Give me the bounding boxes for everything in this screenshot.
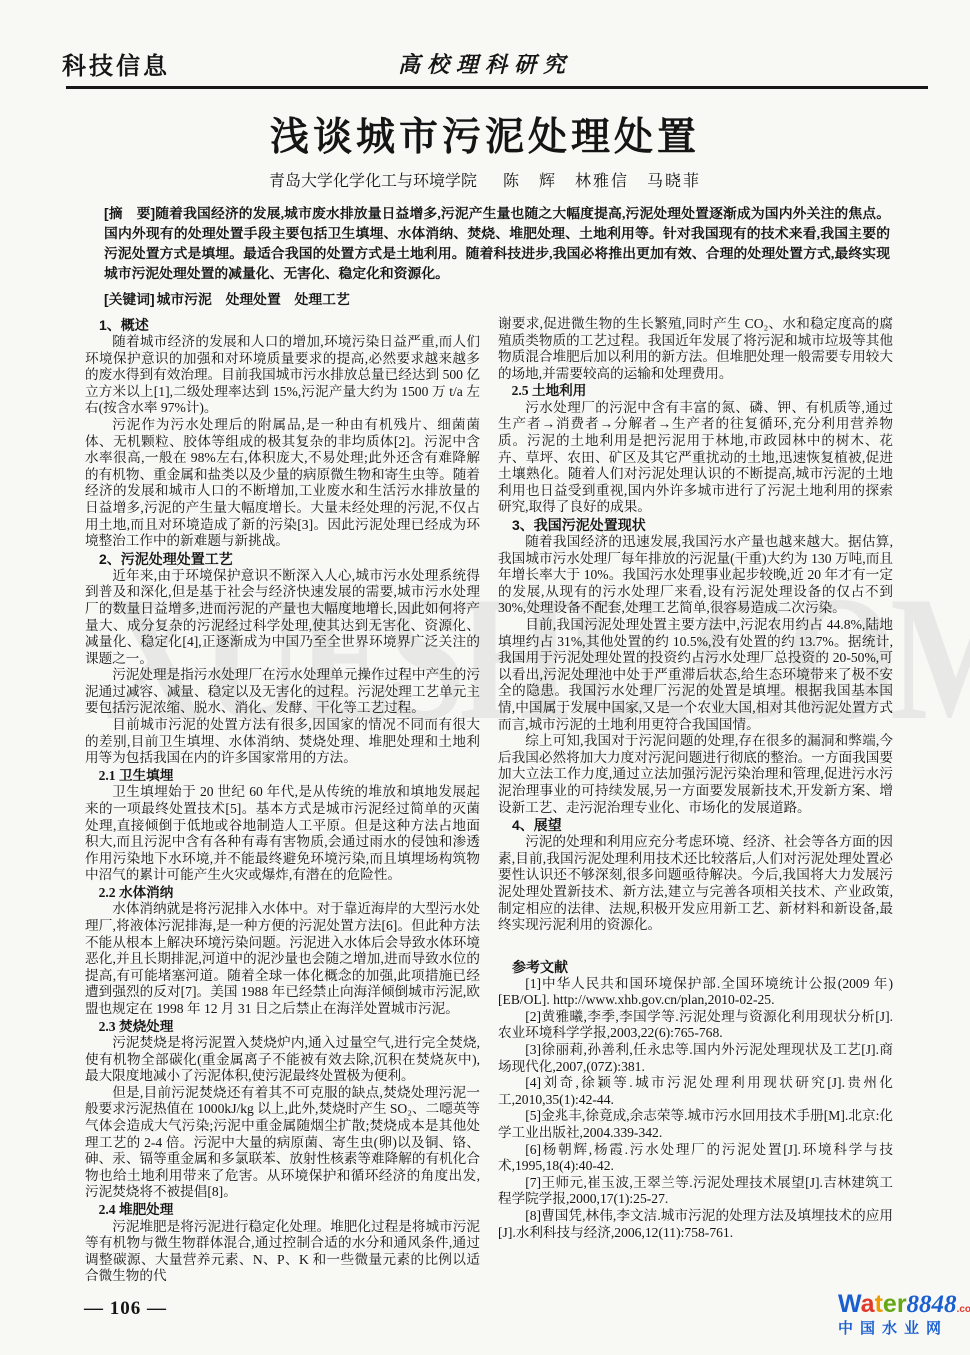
logo-digits-8848: 8848 (907, 1291, 957, 1318)
section-heading: 4、展望 (498, 816, 893, 834)
right-column: 谢要求,促进微生物的生长繁殖,同时产生 CO₂、水和稳定度高的腐殖质类物质的工艺… (498, 316, 893, 1328)
paragraph: 污水处理厂的污泥中含有丰富的氮、磷、钾、有机质等,通过生产者→消费者→分解者→生… (498, 400, 893, 516)
abstract-label: [摘 要] (104, 206, 155, 221)
paragraph: 目前城市污泥的处置方法有很多,因国家的情况不同而有很大的差别,目前卫生填埋、水体… (85, 717, 480, 767)
paragraph: 污泥的处理和利用应充分考虑环境、经济、社会等各方面的因素,目前,我国污泥处理利用… (498, 834, 893, 934)
logo-dotcom: .com (957, 1304, 970, 1315)
abstract-text: 随着我国经济的发展,城市废水排放量日益增多,污泥产生量也随之大幅度提高,污泥处理… (104, 206, 890, 281)
reference-item: [6]杨朝辉,杨霞.污水处理厂的污泥处置[J].环境科学与技术,1995,18(… (498, 1142, 893, 1175)
paragraph: 污泥焚烧是将污泥置入焚烧炉内,通入过量空气,进行完全焚烧,使有机物全部碳化(重金… (85, 1035, 480, 1085)
article-title: 浅谈城市污泥处理处置 (0, 106, 970, 162)
reference-item: [1]中华人民共和国环境保护部.全国环境统计公报(2009 年)[EB/OL].… (498, 976, 893, 1009)
subsection-heading: 2.4 堆肥处理 (85, 1201, 480, 1219)
journal-section-title: 高校理科研究 (0, 48, 970, 79)
left-column: 1、概述随着城市经济的发展和人口的增加,环境污染日益严重,而人们环境保护意识的加… (85, 316, 480, 1328)
author-names: 陈 辉 林雅信 马晓菲 (503, 173, 701, 190)
reference-item: [2]黄雅曦,李季,李国学等.污泥处理与资源化利用现状分析[J].农业环境科学学… (498, 1009, 893, 1042)
abstract: [摘 要]随着我国经济的发展,城市废水排放量日益增多,污泥产生量也随之大幅度提高… (104, 204, 890, 284)
authors-line: 青岛大学化学化工与环境学院陈 辉 林雅信 马晓菲 (0, 168, 970, 191)
scanned-paper-page: 科技信息 高校理科研究 浅谈城市污泥处理处置 青岛大学化学化工与环境学院陈 辉 … (0, 0, 970, 1355)
paragraph: 污泥作为污水处理后的附属品,是一种由有机残片、细菌菌体、无机颗粒、胶体等组成的极… (85, 417, 480, 550)
paragraph: 近年来,由于环境保护意识不断深入人心,城市污水处理系统得到普及和深化,但是基于社… (85, 568, 480, 668)
paragraph: 随着城市经济的发展和人口的增加,环境污染日益严重,而人们环境保护意识的加强和对环… (85, 334, 480, 417)
paragraph: 随着我国经济的迅速发展,我国污水产量也越来越大。据估算,我国城市污水处理厂每年排… (498, 534, 893, 617)
keywords: [关键词]城市污泥 处理处置 处理工艺 (104, 288, 890, 308)
section-heading: 3、我国污泥处置现状 (498, 516, 893, 534)
subsection-heading: 2.2 水体消纳 (85, 884, 480, 902)
keywords-text: 城市污泥 处理处置 处理工艺 (157, 292, 350, 307)
paragraph: 但是,目前污泥焚烧还有着其不可克服的缺点,焚烧处理污泥一般要求污泥热值在 100… (85, 1085, 480, 1201)
reference-item: [4]刘奇,徐颖等.城市污泥处理利用现状研究[J].贵州化工,2010,35(1… (498, 1075, 893, 1108)
reference-item: [3]徐丽莉,孙善利,任永忠等.国内外污泥处理现状及工艺[J].商场现代化,20… (498, 1042, 893, 1075)
subsection-heading: 2.1 卫生填埋 (85, 767, 480, 785)
reference-item: [8]曹国凭,林伟,李文洁.城市污泥的处理方法及填埋技术的应用[J].水利科技与… (498, 1208, 893, 1241)
header-rule (66, 86, 928, 89)
paragraph: 综上可知,我国对于污泥问题的处理,存在很多的漏洞和弊端,今后我国必然将加大力度对… (498, 733, 893, 816)
paragraph: 污泥处理是指污水处理厂在污水处理单元操作过程中产生的污泥通过减容、减量、稳定以及… (85, 667, 480, 717)
paragraph: 谢要求,促进微生物的生长繁殖,同时产生 CO₂、水和稳定度高的腐殖质类物质的工艺… (498, 316, 893, 382)
paragraph: 水体消纳就是将污泥排入水体中。对于靠近海岸的大型污水处理厂,将液体污泥排海,是一… (85, 901, 480, 1017)
section-heading: 1、概述 (85, 316, 480, 334)
paragraph: 目前,我国污泥处理处置主要方法中,污泥农用约占 44.8%,陆地填埋约占 31%… (498, 617, 893, 733)
section-heading: 2、污泥处理处置工艺 (85, 550, 480, 568)
references-heading: 参考文献 (498, 958, 893, 976)
paragraph: 污泥堆肥是将污泥进行稳定化处理。堆肥化过程是将城市污泥等有机物与微生物群体混合,… (85, 1219, 480, 1285)
subsection-heading: 2.3 焚烧处理 (85, 1018, 480, 1036)
keywords-label: [关键词] (104, 292, 155, 307)
reference-item: [5]金兆丰,徐竟成,余志荣等.城市污水回用技术手册[M].北京:化学工业出版社… (498, 1108, 893, 1141)
body-columns: 1、概述随着城市经济的发展和人口的增加,环境污染日益严重,而人们环境保护意识的加… (85, 316, 893, 1328)
logo-letter: r (897, 1290, 907, 1318)
subsection-heading: 2.5 土地利用 (498, 382, 893, 400)
paragraph: 卫生填埋始于 20 世纪 60 年代,是从传统的堆放和填地发展起来的一项最终处置… (85, 784, 480, 884)
affiliation: 青岛大学化学化工与环境学院 (269, 173, 477, 190)
reference-item: [7]王师元,崔玉波,王翠兰等.污泥处理技术展望[J].吉林建筑工程学院学报,2… (498, 1175, 893, 1208)
